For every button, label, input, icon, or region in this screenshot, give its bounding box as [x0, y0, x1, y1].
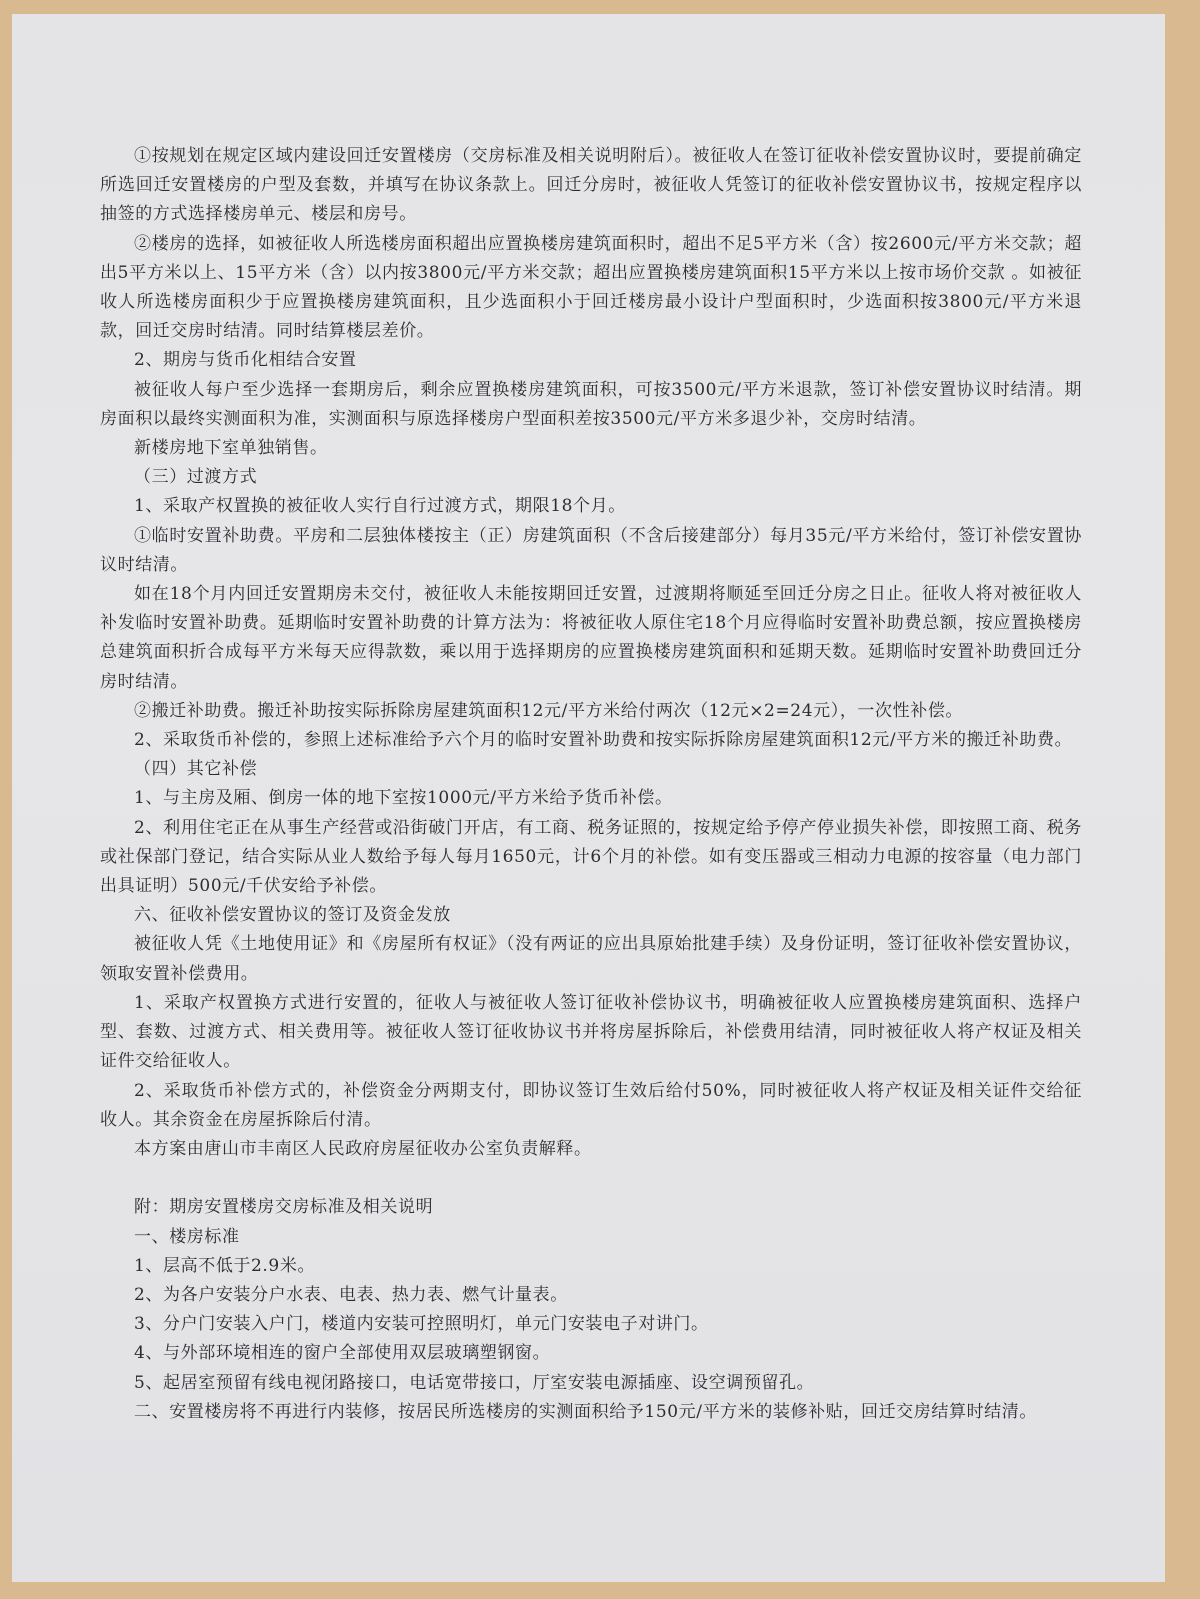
blank-line [100, 1164, 1082, 1193]
paragraph-self-transition: 1、采取产权置换的被征收人实行自行过渡方式，期限18个月。 [100, 492, 1082, 521]
heading-future-house-monetary: 2、期房与货币化相结合安置 [100, 346, 1082, 375]
appendix-item: 5、起居室预留有线电视闭路接口，电话宽带接口，厅室安装电源插座、设空调预留孔。 [100, 1369, 1082, 1398]
document-body: ①按规划在规定区域内建设回迁安置楼房（交房标准及相关说明附后）。被征收人在签订征… [100, 142, 1082, 1427]
paragraph-certificates: 被征收人凭《土地使用证》和《房屋所有权证》（没有两证的应出具原始批建手续）及身份… [100, 930, 1082, 988]
paragraph-delay-subsidy: 如在18个月内回迁安置期房未交付，被征收人未能按期回迁安置，过渡期将顺延至回迁分… [100, 580, 1082, 697]
appendix-item: 3、分户门安装入户门，楼道内安装可控照明灯，单元门安装电子对讲门。 [100, 1310, 1082, 1339]
appendix-item: 1、层高不低于2.9米。 [100, 1252, 1082, 1281]
heading-other-compensation: （四）其它补偿 [100, 755, 1082, 784]
paragraph-monetary-payment: 2、采取货币补偿方式的，补偿资金分两期支付，即协议签订生效后给付50%，同时被征… [100, 1077, 1082, 1135]
appendix-item: 2、为各户安装分户水表、电表、热力表、燃气计量表。 [100, 1281, 1082, 1310]
paragraph-business-loss: 2、利用住宅正在从事生产经营或沿街破门开店，有工商、税务证照的，按规定给予停产停… [100, 814, 1082, 902]
appendix-item: 4、与外部环境相连的窗户全部使用双层玻璃塑钢窗。 [100, 1339, 1082, 1368]
appendix-section1-title: 一、楼房标准 [100, 1223, 1082, 1252]
paragraph-monetary-compensation: 2、采取货币补偿的，参照上述标准给予六个月的临时安置补助费和按实际拆除房屋建筑面… [100, 726, 1082, 755]
paragraph-moving-subsidy: ②搬迁补助费。搬迁补助按实际拆除房屋建筑面积12元/平方米给付两次（12元×2=… [100, 697, 1082, 726]
appendix-section2: 二、安置楼房将不再进行内装修，按居民所选楼房的实测面积给予150元/平方米的装修… [100, 1398, 1082, 1427]
paragraph-resettlement-building: ①按规划在规定区域内建设回迁安置楼房（交房标准及相关说明附后）。被征收人在签订征… [100, 142, 1082, 230]
paragraph-future-house-refund: 被征收人每户至少选择一套期房后，剩余应置换楼房建筑面积，可按3500元/平方米退… [100, 376, 1082, 434]
heading-agreement-signing: 六、征收补偿安置协议的签订及资金发放 [100, 901, 1082, 930]
paragraph-basement-compensation: 1、与主房及厢、倒房一体的地下室按1000元/平方米给予货币补偿。 [100, 784, 1082, 813]
paragraph-temporary-subsidy: ①临时安置补助费。平房和二层独体楼按主（正）房建筑面积（不含后接建部分）每月35… [100, 522, 1082, 580]
paragraph-property-exchange-agreement: 1、采取产权置换方式进行安置的，征收人与被征收人签订征收补偿协议书，明确被征收人… [100, 989, 1082, 1077]
document-page: ①按规划在规定区域内建设回迁安置楼房（交房标准及相关说明附后）。被征收人在签订征… [12, 14, 1165, 1582]
paragraph-building-selection: ②楼房的选择，如被征收人所选楼房面积超出应置换楼房建筑面积时，超出不足5平方米（… [100, 230, 1082, 347]
appendix-title: 附：期房安置楼房交房标准及相关说明 [100, 1193, 1082, 1222]
heading-transition-method: （三）过渡方式 [100, 463, 1082, 492]
paragraph-basement-sale: 新楼房地下室单独销售。 [100, 434, 1082, 463]
paragraph-interpretation: 本方案由唐山市丰南区人民政府房屋征收办公室负责解释。 [100, 1135, 1082, 1164]
